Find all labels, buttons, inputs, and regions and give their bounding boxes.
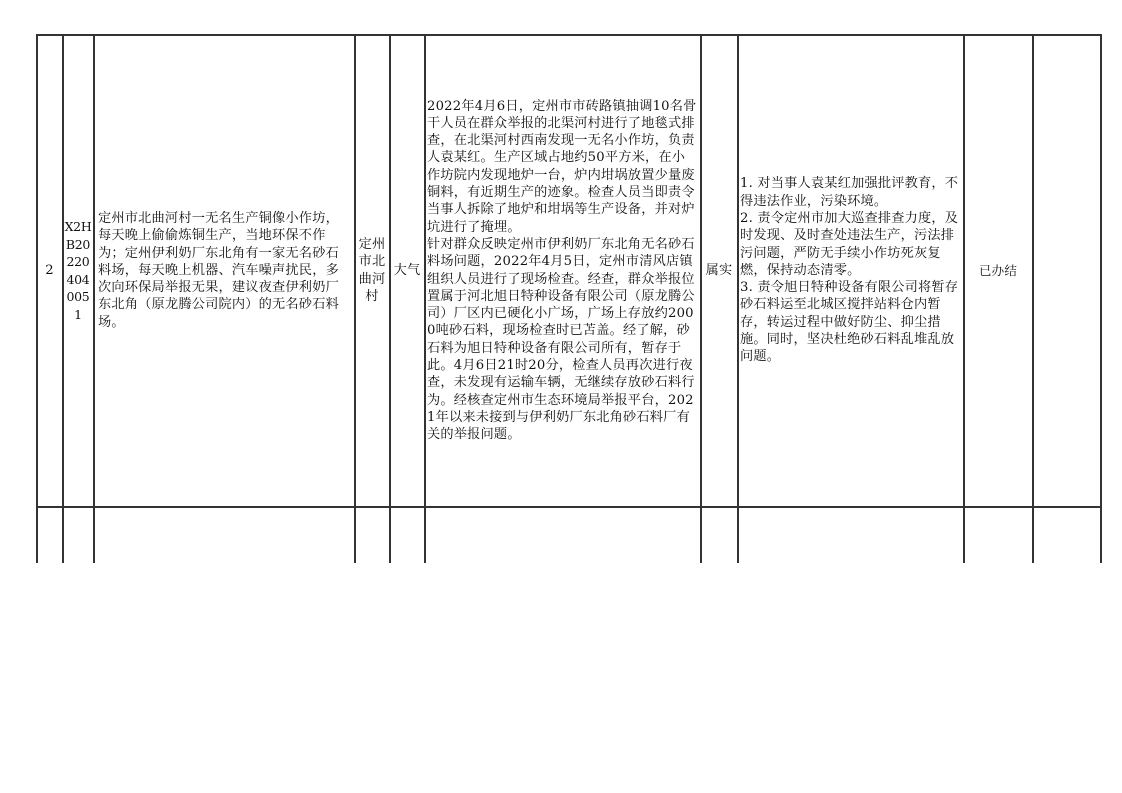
complaint-text: 定州市北曲河村一无名生产铜像小作坊，每天晚上偷偷炼铜生产，当地环保不作为；定州伊… bbox=[98, 210, 352, 331]
cell-pollution-type bbox=[390, 508, 424, 563]
cell-investigation: 2022年4月6日，定州市市砖路镇抽调10名骨干人员在群众举报的北渠河村进行了地… bbox=[426, 35, 700, 506]
cell-case-id: X2H B20 220 404 005 1 bbox=[63, 35, 93, 506]
investigation-text: 2022年4月6日，定州市市砖路镇抽调10名骨干人员在群众举报的北渠河村进行了地… bbox=[427, 98, 698, 444]
region-text: 定州 市北 曲河 村 bbox=[359, 236, 386, 305]
cell-handling bbox=[739, 508, 963, 563]
cell-status bbox=[964, 508, 1032, 563]
cell-handling: 1. 对当事人袁某红加强批评教育，不得违法作业，污染环境。 2. 责令定州市加大… bbox=[739, 35, 963, 506]
column-border bbox=[1100, 34, 1102, 563]
cell-index: 2 bbox=[37, 35, 62, 506]
cell-remarks bbox=[1033, 35, 1100, 506]
cell-status: 已办结 bbox=[964, 35, 1032, 506]
verified-text: 属实 bbox=[706, 262, 733, 279]
cell-complaint bbox=[95, 508, 354, 563]
cell-investigation bbox=[426, 508, 700, 563]
case-id-text: X2H B20 220 404 005 1 bbox=[65, 218, 92, 323]
status-text: 已办结 bbox=[979, 262, 1017, 279]
cell-index bbox=[37, 508, 62, 563]
cell-pollution-type: 大气 bbox=[390, 35, 424, 506]
pollution-type-text: 大气 bbox=[394, 262, 421, 279]
handling-text: 1. 对当事人袁某红加强批评教育，不得违法作业，污染环境。 2. 责令定州市加大… bbox=[740, 175, 960, 365]
cell-case-id bbox=[63, 508, 93, 563]
cell-verified bbox=[701, 508, 737, 563]
cell-region: 定州 市北 曲河 村 bbox=[355, 35, 389, 506]
cell-verified: 属实 bbox=[701, 35, 737, 506]
cell-region bbox=[355, 508, 389, 563]
cell-complaint: 定州市北曲河村一无名生产铜像小作坊，每天晚上偷偷炼铜生产，当地环保不作为；定州伊… bbox=[95, 35, 354, 506]
cell-remarks bbox=[1033, 508, 1100, 563]
index-text: 2 bbox=[45, 262, 54, 279]
document-page: 2 X2H B20 220 404 005 1 定州市北曲河村一无名生产铜像小作… bbox=[0, 0, 1122, 793]
